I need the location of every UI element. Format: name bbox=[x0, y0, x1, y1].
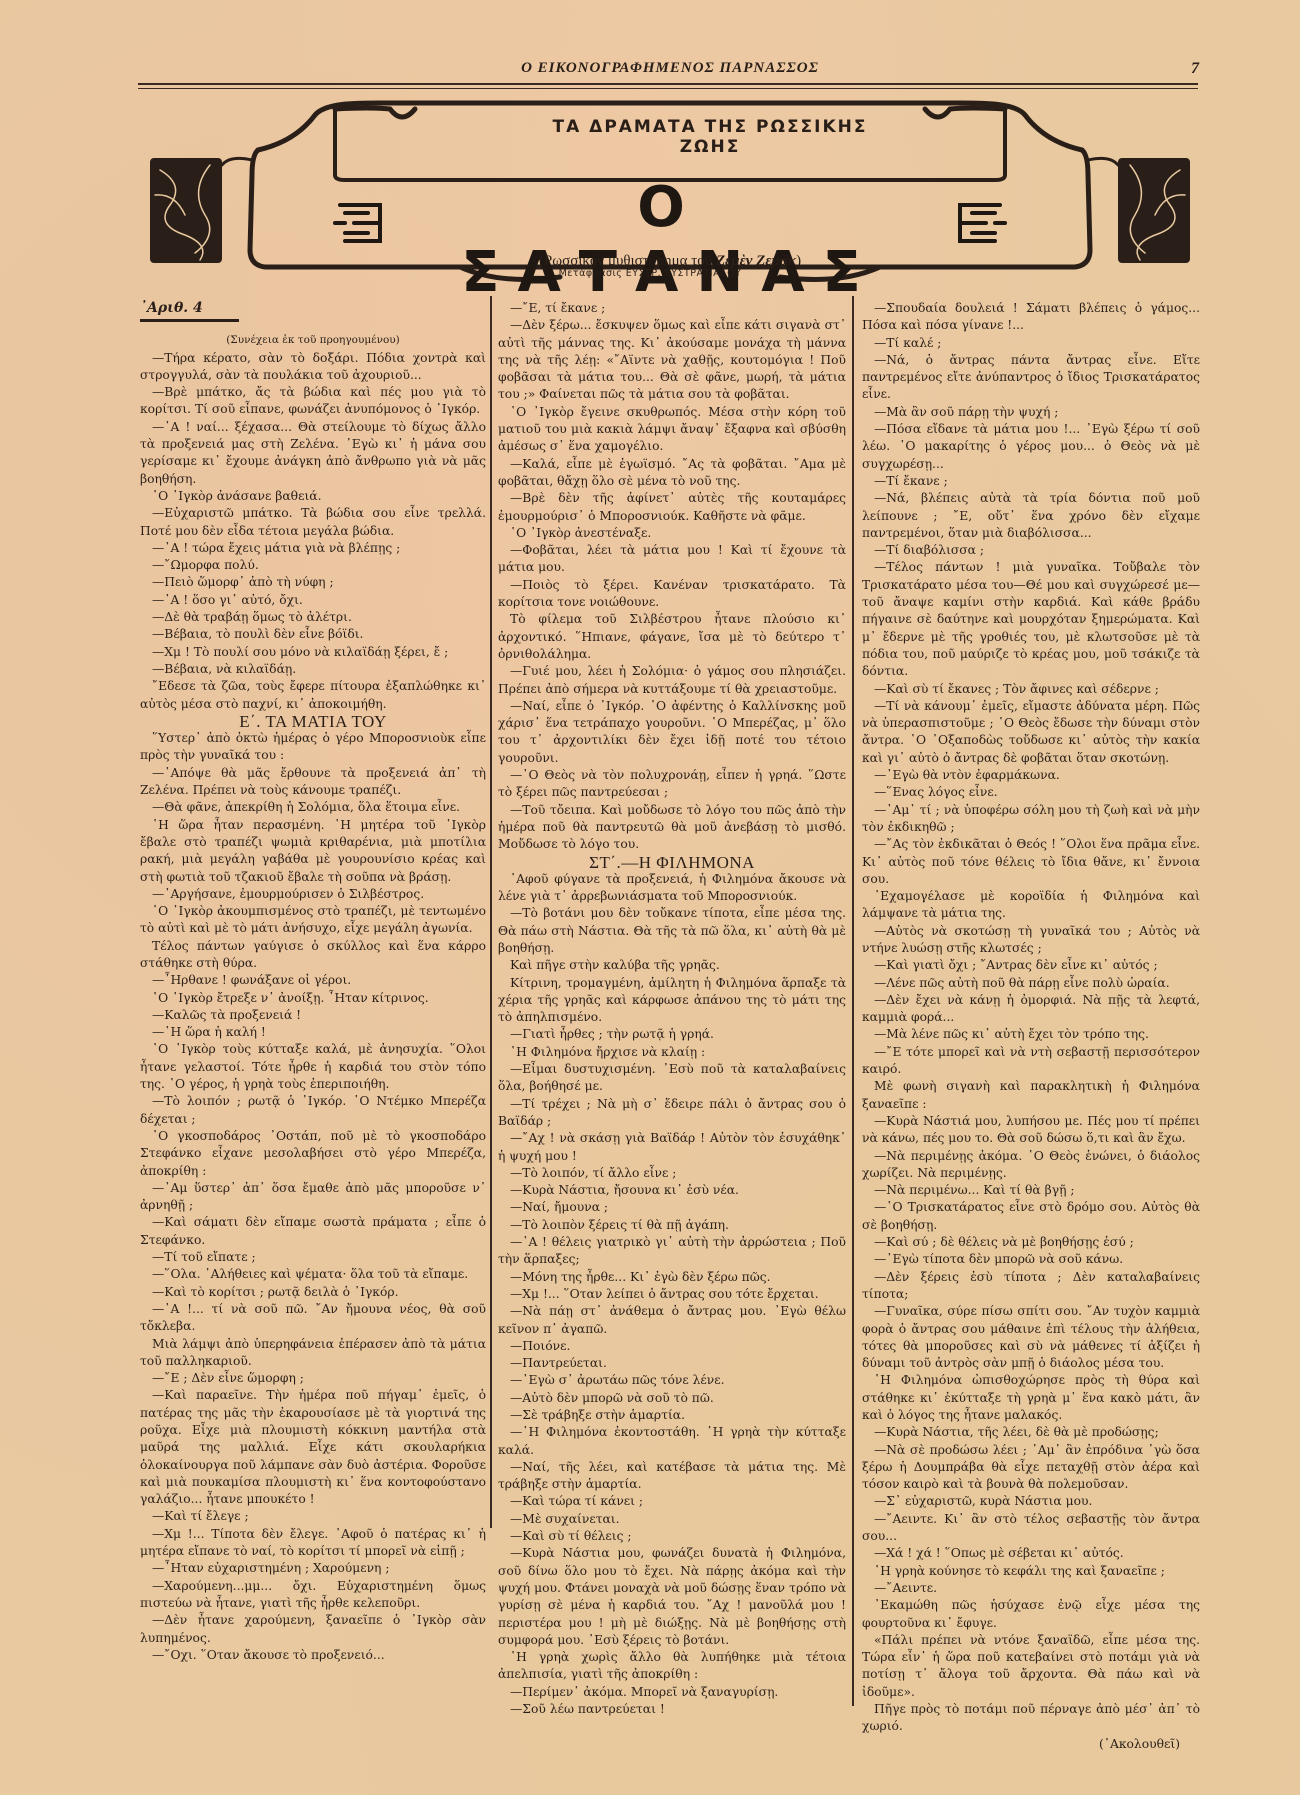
publication-title: Ο ΕΙΚΟΝΟΓΡΑΦΗΜΕΝΟΣ ΠΑΡΝΑΣΣΟΣ bbox=[521, 60, 819, 76]
page-number: 7 bbox=[1191, 60, 1200, 78]
paragraph: —Δὲν ξέρεις ἐσὺ τίποτα ; Δὲν καταλαβαίνε… bbox=[862, 1269, 1200, 1304]
header-rule bbox=[138, 83, 1198, 89]
column-3-paragraphs: —Σπουδαία δουλειά ! Σάματι βλέπεις ὁ γάμ… bbox=[862, 300, 1200, 1736]
paragraph: «Πάλι πρέπει νὰ ντόνε ξαναϊδῶ, εἶπε μέσα… bbox=[862, 1632, 1200, 1701]
paragraph: ῾Ο ᾿Ιγκὸρ ἀνάσανε βαθειά. bbox=[140, 488, 486, 505]
paragraph: Τέλος πάντων γαύγισε ὁ σκύλλος καὶ ἕνα κ… bbox=[140, 938, 486, 973]
paragraph: —῾Ο Θεὸς νὰ τὸν πολυχρονάῃ, εἶπεν ἡ γρηά… bbox=[498, 767, 846, 802]
title-banner: ΤΑ ΔΡΑΜΑΤΑ ΤΗΣ ΡΩΣΣΙΚΗΣ ΖΩΗΣ Ο ΣΑΤΑΝΑΣ (… bbox=[140, 95, 1200, 285]
paragraph: —Ποιόνε. bbox=[498, 1338, 846, 1355]
story-title: Ο ΣΑΤΑΝΑΣ bbox=[440, 175, 900, 305]
paragraph: —῎Ε, τί ἔκανε ; bbox=[498, 300, 846, 317]
column-2: —῎Ε, τί ἔκανε ;—Δὲν ξέρω... ἔσκυψεν ὅμως… bbox=[498, 300, 846, 1718]
paragraph: ῾Η Φιλημόνα ὠπισθοχώρησε πρὸς τὴ θύρα κα… bbox=[862, 1372, 1200, 1424]
paragraph: —Σοῦ λέω παντρεύεται ! bbox=[498, 1701, 846, 1718]
paragraph: ῾Ο ᾿Ιγκὸρ ἀνεστέναξε. bbox=[498, 525, 846, 542]
paragraph: —Καὶ σὺ τί θέλεις ; bbox=[498, 1528, 846, 1545]
paragraph: ῾Ο ᾿Ιγκὸρ ἔγεινε σκυθρωπός. Μέσα στὴν κό… bbox=[498, 404, 846, 456]
paragraph: —Αὐτὸ δὲν μπορῶ νὰ σοῦ τὸ πῶ. bbox=[498, 1390, 846, 1407]
paragraph: —Παντρεύεται. bbox=[498, 1355, 846, 1372]
paragraph: —Καὶ τί ἔλεγε ; bbox=[140, 1508, 486, 1525]
paragraph: —Τί νὰ κάνουμ᾿ ἐμεῖς, εἴμαστε ἀδύνατα μέ… bbox=[862, 698, 1200, 767]
paragraph: —῾Η Φιλημόνα ἐκοντοστάθη. ῾Η γρηὰ τὴν κύ… bbox=[498, 1424, 846, 1459]
paragraph: —᾿Εγὼ τίποτα δὲν μπορῶ νὰ σοῦ κάνω. bbox=[862, 1251, 1200, 1268]
column-1-paragraphs-b: ῞Υστερ᾿ ἀπὸ ὀκτὼ ἡμέρας ὁ γέρο Μποροσνιο… bbox=[140, 730, 486, 1664]
paragraph: —Θὰ φᾶνε, ἀπεκρίθη ἡ Σολόμια, ὅλα ἕτοιμα… bbox=[140, 799, 486, 816]
paragraph: ᾿Εχαμογέλασε μὲ κοροϊδία ἡ Φιλημόνα καὶ … bbox=[862, 888, 1200, 923]
continued-note: (Συνέχεια ἐκ τοῦ προηγουμένου) bbox=[140, 332, 486, 349]
column-2-paragraphs: —῎Ε, τί ἔκανε ;—Δὲν ξέρω... ἔσκυψεν ὅμως… bbox=[498, 300, 846, 854]
paragraph: —Τί τοῦ εἴπατε ; bbox=[140, 1249, 486, 1266]
section-heading-e: Ε΄. ΤΑ ΜΑΤΙΑ ΤΟΥ bbox=[140, 713, 486, 730]
paragraph: —᾿Αργήσανε, ἐμουρμούρισεν ὁ Σιλβέστρος. bbox=[140, 886, 486, 903]
paragraph: —Περίμεν᾿ ἀκόμα. Μπορεῖ νὰ ξαναγυρίσῃ. bbox=[498, 1684, 846, 1701]
paragraph: —Δὲ θὰ τραβάῃ ὅμως τὸ ἀλέτρι. bbox=[140, 609, 486, 626]
paragraph: —Νά, βλέπεις αὐτὰ τὰ τρία δόντια ποῦ μοῦ… bbox=[862, 490, 1200, 542]
paragraph: ῾Ο ᾿Ιγκὸρ ἔτρεξε ν᾿ ἀνοίξῃ. ῏Ηταν κίτριν… bbox=[140, 990, 486, 1007]
translator-credit: Μετάφρασις ΕΥΣΤΡ. ΕΥΣΤΡΑΤΙΑΔΟΥ bbox=[470, 268, 830, 279]
paragraph: —Δὲν ἦτανε χαρούμενη, ξαναεῖπε ὁ ᾿Ιγκὸρ … bbox=[140, 1612, 486, 1647]
paragraph: —᾿Αμ ὕστερ᾿ ἀπ᾿ ὅσα ἔμαθε ἀπὸ μᾶς μποροῦ… bbox=[140, 1180, 486, 1215]
paragraph: —᾿Α ! ὅσο γι᾿ αὐτό, ὄχι. bbox=[140, 592, 486, 609]
paragraph: —῎Οχι. ῞Οταν ἄκουσε τὸ προξενειό... bbox=[140, 1647, 486, 1664]
paragraph: ῾Η Φιλημόνα ἤρχισε νὰ κλαίῃ : bbox=[498, 1044, 846, 1061]
paragraph: —Νά, ὁ ἄντρας πάντα ἄντρας εἶνε. Εἴτε πα… bbox=[862, 352, 1200, 404]
paragraph: ῾Η γρηὰ χωρὶς ἄλλο θὰ λυπήθηκε μιὰ τέτοι… bbox=[498, 1649, 846, 1684]
paragraph: —Χμ !... Τίποτα δὲν ἔλεγε. ᾿Αφοῦ ὁ πατέρ… bbox=[140, 1526, 486, 1561]
paragraph: —Σ᾿ εὐχαριστῶ, κυρὰ Νάστια μου. bbox=[862, 1493, 1200, 1510]
paragraph: —Μόνη της ἦρθε... Κι᾿ ἐγὼ δὲν ξέρω πῶς. bbox=[498, 1269, 846, 1286]
paragraph: —Τί διαβόλισσα ; bbox=[862, 542, 1200, 559]
paragraph: —Τέλος πάντων ! μιὰ γυναῖκα. Τοὔβαλε τὸν… bbox=[862, 559, 1200, 680]
paragraph: —Χά ! χά ! ῞Οπως μὲ σέβεται κι᾿ αὐτός. bbox=[862, 1545, 1200, 1562]
column-1: ᾿Αριθ. 4 (Συνέχεια ἐκ τοῦ προηγουμένου) … bbox=[140, 300, 486, 1664]
paragraph: ῾Ο γκοσποδάρος ᾿Οστάπ, ποῦ μὲ τὸ γκοσποδ… bbox=[140, 1128, 486, 1180]
paragraph: —Μὰ ἂν σοῦ πάρῃ τὴν ψυχή ; bbox=[862, 404, 1200, 421]
paragraph: —῎Αειντε. bbox=[862, 1580, 1200, 1597]
paragraph: —Βέβαια, νὰ κιλαϊδάῃ. bbox=[140, 661, 486, 678]
paragraph: —Βρὲ μπάτκο, ἄς τὰ βώδια καὶ πές μου γιὰ… bbox=[140, 384, 486, 419]
paragraph: —Καλά, εἶπε μὲ ἐγωϊσμό. ῎Ας τὰ φοβᾶται. … bbox=[498, 456, 846, 491]
paragraph: —῎Ε ; Δὲν εἶνε ὥμορφη ; bbox=[140, 1370, 486, 1387]
series-title: ΤΑ ΔΡΑΜΑΤΑ ΤΗΣ ΡΩΣΣΙΚΗΣ ΖΩΗΣ bbox=[530, 117, 890, 157]
paragraph: —῎Αχ ! νὰ σκάσῃ γιὰ Βαϊδάρ ! Αὐτὸν τὸν ἐ… bbox=[498, 1130, 846, 1165]
paragraph: —Γιατὶ ἦρθες ; τὴν ρωτᾷ ἡ γρηά. bbox=[498, 1026, 846, 1043]
paragraph: —Καὶ σάματι δὲν εἴπαμε σωστὰ πράματα ; ε… bbox=[140, 1214, 486, 1249]
paragraph: —Εἶμαι δυστυχισμένη. ᾿Εσὺ ποῦ τὰ καταλαβ… bbox=[498, 1061, 846, 1096]
paragraph: ᾿Εκαμώθη πῶς ἡσύχασε ἐνῷ εἶχε μέσα της φ… bbox=[862, 1597, 1200, 1632]
paragraph: —Ποιὸς τὸ ξέρει. Κανέναν τρισκατάρατο. Τ… bbox=[498, 577, 846, 612]
paragraph: —᾿Α ! ναί... ξέχασα... Θὰ στείλουμε τὸ δ… bbox=[140, 419, 486, 488]
paragraph: —Σὲ τράβηξε στὴν ἁμαρτία. bbox=[498, 1407, 846, 1424]
paragraph: —Τί ἔκανε ; bbox=[862, 473, 1200, 490]
paragraph: —Τὸ λοιπόν, τί ἄλλο εἶνε ; bbox=[498, 1165, 846, 1182]
paragraph: —Καὶ τὸ κορίτσι ; ρωτᾷ δειλὰ ὁ ᾿Ιγκόρ. bbox=[140, 1284, 486, 1301]
paragraph: ῾Η γρηὰ κούνησε τὸ κεφάλι της καὶ ξαναεῖ… bbox=[862, 1563, 1200, 1580]
paragraph: —῞Ολα. ᾿Αλήθειες καὶ ψέματα· ὅλα τοῦ τὰ … bbox=[140, 1266, 486, 1283]
paragraph: —᾿Αμ᾿ τί ; νὰ ὑποφέρω σόλη μου τὴ ζωὴ κα… bbox=[862, 802, 1200, 837]
paragraph: —Νὰ περιμένω... Καὶ τί θὰ βγῇ ; bbox=[862, 1182, 1200, 1199]
paragraph: —Νὰ περιμένῃς ἀκόμα. ῾Ο Θεὸς ἑνώνει, ὁ δ… bbox=[862, 1148, 1200, 1183]
paragraph: —Χμ ! Τὸ πουλί σου μόνο νὰ κιλαϊδάῃ ξέρε… bbox=[140, 644, 486, 661]
paragraph: —᾿Εγὼ θὰ ντὸν ἐφαρμάκωνα. bbox=[862, 767, 1200, 784]
paragraph: —Εὐχαριστῶ μπάτκο. Τὰ βώδια σου εἶνε τρε… bbox=[140, 505, 486, 540]
paragraph: —Βρὲ δὲν τῆς ἀφίνετ᾿ αὐτὲς τῆς κουταμάρε… bbox=[498, 490, 846, 525]
paragraph: Τὸ φίλεμα τοῦ Σιλβέστρου ἦτανε πλούσιο κ… bbox=[498, 611, 846, 663]
paragraph: —᾿Εγὼ σ᾿ ἀρωτάω πῶς τόνε λένε. bbox=[498, 1372, 846, 1389]
paragraph: —Χμ !... ῞Οταν λείπει ὁ ἄντρας σου τότε … bbox=[498, 1286, 846, 1303]
paragraph: —Μὰ λένε πῶς κι᾿ αὐτὴ ἔχει τὸν τρόπο της… bbox=[862, 1026, 1200, 1043]
paragraph: —᾿Απόψε θὰ μᾶς ἔρθουνε τὰ προξενειά ἀπ᾿ … bbox=[140, 765, 486, 800]
paragraph: —῏Ηταν εὐχαριστημένη ; Χαρούμενη ; bbox=[140, 1560, 486, 1577]
column-3: —Σπουδαία δουλειά ! Σάματι βλέπεις ὁ γάμ… bbox=[862, 300, 1200, 1753]
column-divider bbox=[490, 296, 492, 1528]
paragraph: —Νὰ πάῃ στ᾿ ἀνάθεμα ὁ ἄντρας μου. ᾿Εγὼ θ… bbox=[498, 1303, 846, 1338]
paragraph: —Τὸ βοτάνι μου δὲν τοὔκανε τίποτα, εἶπε … bbox=[498, 905, 846, 957]
paragraph: —Σπουδαία δουλειά ! Σάματι βλέπεις ὁ γάμ… bbox=[862, 300, 1200, 335]
paragraph: —Τοῦ τὄειπα. Καὶ μοὔδωσε τὸ λόγο του πῶς… bbox=[498, 802, 846, 854]
paragraph: Καὶ πῆγε στὴν καλύβα τῆς γρηᾶς. bbox=[498, 957, 846, 974]
column-2-paragraphs-b: ᾿Αφοῦ φύγανε τὰ προξενειά, ἡ Φιλημόνα ἄκ… bbox=[498, 871, 846, 1719]
paragraph: —Γυιέ μου, λέει ἡ Σολόμια· ὁ γάμος σου π… bbox=[498, 663, 846, 698]
paragraph: —Τὸ λοιπὸν ξέρεις τί θὰ πῇ ἀγάπη. bbox=[498, 1217, 846, 1234]
to-be-continued: (᾿Ακολουθεῖ) bbox=[862, 1736, 1200, 1753]
paragraph: ῾Η ὥρα ἦταν περασμένη. ῾Η μητέρα τοῦ ᾿Ιγ… bbox=[140, 817, 486, 886]
paragraph: —Κυρὰ Νάστια μου, φωνάζει δυνατὰ ἡ Φιλημ… bbox=[498, 1545, 846, 1649]
installment-number: ᾿Αριθ. 4 bbox=[140, 300, 239, 322]
paragraph: —Ναί, εἶπε ὁ ᾿Ιγκόρ. ῾Ο ἀφέντης ὁ Καλλίν… bbox=[498, 698, 846, 767]
section-heading-st: ΣΤ΄.—Η ΦΙΛΗΜΟΝΑ bbox=[498, 854, 846, 871]
column-1-paragraphs: —Τήρα κέρατο, σὰν τὸ δοξάρι. Πόδια χοντρ… bbox=[140, 350, 486, 713]
paragraph: Κίτρινη, τρομαγμένη, ἀμίλητη ἡ Φιλημόνα … bbox=[498, 975, 846, 1027]
paragraph: —Καὶ παραεῖνε. Τὴν ἡμέρα ποῦ πήγαμ᾿ ἐμεῖ… bbox=[140, 1387, 486, 1508]
paragraph: —῎Ωμορφα πολύ. bbox=[140, 557, 486, 574]
paragraph: —Φοβᾶται, λέει τὰ μάτια μου ! Καὶ τί ἔχο… bbox=[498, 542, 846, 577]
paragraph: —Πόσα εἴδανε τὰ μάτια μου !... ᾿Εγὼ ξέρω… bbox=[862, 421, 1200, 473]
paragraph: —᾿Α ! θέλεις γιατρικὸ γι᾿ αὐτὴ τὴν ἀρρώσ… bbox=[498, 1234, 846, 1269]
paragraph: —Βέβαια, τὸ πουλὶ δὲν εἶνε βόϊδι. bbox=[140, 626, 486, 643]
paragraph: —῎Αειντε. Κι᾿ ἂν στὸ τέλος σεβαστῇς τὸν … bbox=[862, 1511, 1200, 1546]
paragraph: ῎Εδεσε τὰ ζῶα, τοὺς ἔφερε πίτουρα ἐξαπλώ… bbox=[140, 678, 486, 713]
paragraph: —Κυρὰ Νάστια, ἤσουνα κι᾿ ἐσὺ νέα. bbox=[498, 1182, 846, 1199]
paragraph: —Κυρὰ Νάστιά μου, λυπήσου με. Πές μου τί… bbox=[862, 1113, 1200, 1148]
paragraph: —῾Ο Τρισκατάρατος εἶνε στὸ δρόμο σου. Αὐ… bbox=[862, 1199, 1200, 1234]
running-head: Ο ΕΙΚΟΝΟΓΡΑΦΗΜΕΝΟΣ ΠΑΡΝΑΣΣΟΣ 7 bbox=[140, 60, 1200, 84]
paragraph: —Ναί, τῆς λέει, καὶ κατέβασε τὰ μάτια τη… bbox=[498, 1459, 846, 1494]
paragraph: —῞Ενας λόγος εἶνε. bbox=[862, 784, 1200, 801]
paragraph: —Γυναῖκα, σύρε πίσω σπίτι σου. ῎Αν τυχὸν… bbox=[862, 1303, 1200, 1372]
paragraph: —῏Ηρθανε ! φωνάξανε οἱ γέροι. bbox=[140, 972, 486, 989]
paragraph: —Τήρα κέρατο, σὰν τὸ δοξάρι. Πόδια χοντρ… bbox=[140, 350, 486, 385]
paragraph: —Καὶ γιατὶ ὄχι ; ῎Αντρας δὲν εἶνε κι᾿ αὐ… bbox=[862, 957, 1200, 974]
paragraph: ῾Ο ᾿Ιγκὸρ ἀκουμπισμένος στὸ τραπέζι, μὲ … bbox=[140, 903, 486, 938]
paragraph: Πῆγε πρὸς τὸ ποτάμι ποῦ πέρναγε ἀπὸ μέσ᾿… bbox=[862, 1701, 1200, 1736]
paragraph: —Πειὸ ὥμορφ᾿ ἀπὸ τὴ νύφη ; bbox=[140, 574, 486, 591]
paragraph: —Δὲν ἔχει νὰ κάνῃ ἡ ὀμορφιά. Νὰ πῇς τὰ λ… bbox=[862, 992, 1200, 1027]
paragraph: —῎Ε τότε μπορεῖ καὶ νὰ ντὴ σεβαστῇ περισ… bbox=[862, 1044, 1200, 1079]
paragraph: —Τὸ λοιπόν ; ρωτᾷ ὁ ᾿Ιγκόρ. ῾Ο Ντέμκο Μπ… bbox=[140, 1093, 486, 1128]
paragraph: ῾Ο ᾿Ιγκὸρ τοὺς κύτταξε καλά, μὲ ἀνησυχία… bbox=[140, 1041, 486, 1093]
paragraph: ῞Υστερ᾿ ἀπὸ ὀκτὼ ἡμέρας ὁ γέρο Μποροσνιο… bbox=[140, 730, 486, 765]
paragraph: —Καὶ τώρα τί κάνει ; bbox=[498, 1493, 846, 1510]
paragraph: —Αὐτὸς νὰ σκοτώσῃ τὴ γυναῖκά του ; Αὐτὸς… bbox=[862, 923, 1200, 958]
paragraph: —Τί καλέ ; bbox=[862, 335, 1200, 352]
paragraph: Μὲ φωνὴ σιγανὴ καὶ παρακλητικὴ ἡ Φιλημόν… bbox=[862, 1078, 1200, 1113]
paragraph: —᾿Α !... τί νὰ σοῦ πῶ. ῎Αν ἤμουνα νέος, … bbox=[140, 1301, 486, 1336]
paragraph: —Καὶ σύ ; δὲ θέλεις νὰ μὲ βοηθήσῃς ἐσύ ; bbox=[862, 1234, 1200, 1251]
paragraph: —Δὲν ξέρω... ἔσκυψεν ὅμως καὶ εἶπε κάτι … bbox=[498, 317, 846, 403]
paragraph: —᾿Α ! τώρα ἔχεις μάτια γιὰ νὰ βλέπῃς ; bbox=[140, 540, 486, 557]
paragraph: ᾿Αφοῦ φύγανε τὰ προξενειά, ἡ Φιλημόνα ἄκ… bbox=[498, 871, 846, 906]
paragraph: —Νὰ σὲ προδώσω λέει ; ᾿Αμ᾿ ἂν ἐπρόδινα ᾿… bbox=[862, 1442, 1200, 1494]
author-name: Ζεμὲν Ζεμὰκ bbox=[716, 253, 796, 269]
paragraph: —῾Η ὥρα ἡ καλή ! bbox=[140, 1024, 486, 1041]
paragraph: —Κυρὰ Νάστια, τῆς λέει, δὲ θὰ μὲ προδώσῃ… bbox=[862, 1424, 1200, 1441]
paragraph: —Καλῶς τὰ προξενειά ! bbox=[140, 1007, 486, 1024]
paragraph: —Λένε πῶς αὐτὴ ποῦ θὰ πάρῃ εἶνε πολὺ ὡρα… bbox=[862, 975, 1200, 992]
paragraph: —Ναί, ἤμουνα ; bbox=[498, 1199, 846, 1216]
paragraph: Μιὰ λάμψι ἀπὸ ὑπερηφάνεια ἐπέρασεν ἀπὸ τ… bbox=[140, 1336, 486, 1371]
paragraph: —Καὶ σὺ τί ἔκανες ; Τὸν ἄφινες καὶ σέδερ… bbox=[862, 681, 1200, 698]
paragraph: —Μὲ συχαίνεται. bbox=[498, 1511, 846, 1528]
paragraph: —Χαρούμενη...μμ... ὄχι. Εὐχαριστημένη ὅμ… bbox=[140, 1578, 486, 1613]
paragraph: —Τί τρέχει ; Νὰ μὴ σ᾿ ἔδειρε πάλι ὁ ἄντρ… bbox=[498, 1096, 846, 1131]
column-divider bbox=[852, 296, 854, 1706]
paragraph: —῎Ας τὸν ἐκδικᾶται ὁ Θεός ! ῞Ολοι ἕνα πρ… bbox=[862, 836, 1200, 888]
